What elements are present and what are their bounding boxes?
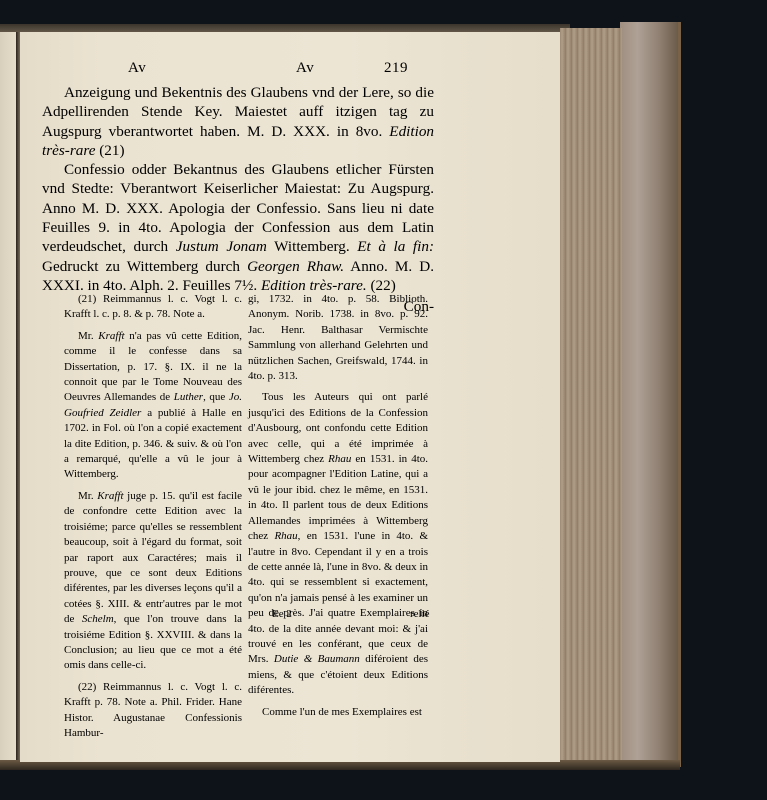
footnote-22-para2: Tous les Auteurs qui ont parlé jusqu'ici… <box>248 390 428 698</box>
main-text-block: Anzeigung und Bekentnis des Glaubens vnd… <box>42 83 434 317</box>
page-number: 219 <box>384 60 408 77</box>
running-head-left: Av <box>128 60 146 77</box>
footnote-21-para2: Mr. Krafft n'a pas vû cette Edition, com… <box>64 329 242 483</box>
footnotes-right-column: gi, 1732. in 4to. p. 58. Biblioth. Anony… <box>248 292 428 726</box>
footnote-22-para3: Comme l'un de mes Exemplaires est <box>248 705 428 720</box>
book-board <box>620 22 681 767</box>
page-fore-edge <box>560 28 622 762</box>
entry-22: Confessio odder Bekantnus des Glaubens e… <box>42 160 434 295</box>
running-head-center: Av <box>296 60 314 77</box>
catchword-bottom: relié <box>410 608 430 620</box>
footnote-21: (21) Reimmannus l. c. Vogt l. c. Krafft … <box>64 292 242 323</box>
entry-21: Anzeigung und Bekentnis des Glaubens vnd… <box>42 83 434 160</box>
footnote-22-continued: gi, 1732. in 4to. p. 58. Biblioth. Anony… <box>248 292 428 384</box>
footnote-22: (22) Reimmannus l. c. Vogt l. c. Krafft … <box>64 680 242 742</box>
footnotes-left-column: (21) Reimmannus l. c. Vogt l. c. Krafft … <box>64 292 242 747</box>
facing-page-edge <box>0 32 16 762</box>
footnote-21-para3: Mr. Krafft juge p. 15. qu'il est facile … <box>64 489 242 674</box>
signature-mark: Ee 2 <box>272 608 292 620</box>
